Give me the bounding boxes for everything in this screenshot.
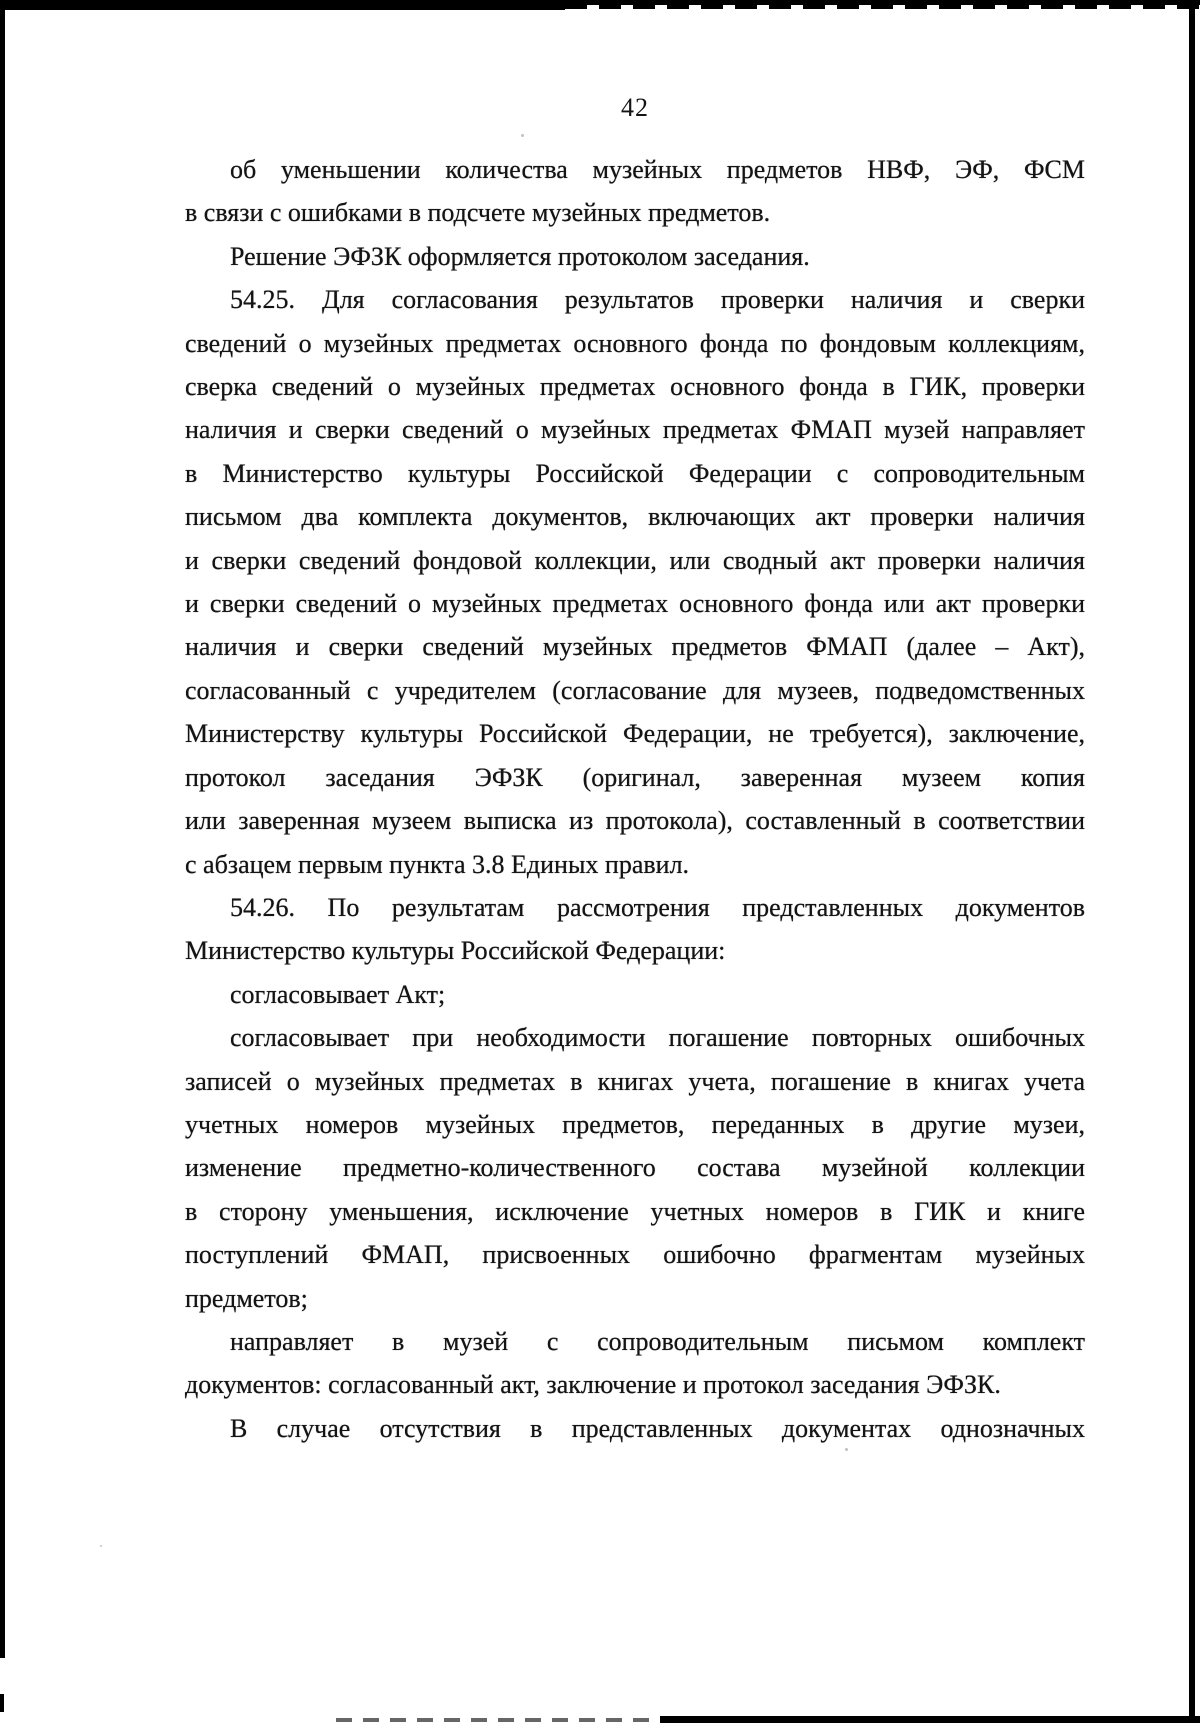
text-line: и сверки сведений о музейных предметах о… [185, 582, 1085, 625]
text-line: об уменьшении количества музейных предме… [185, 148, 1085, 191]
scan-edge-top-dashes [565, 5, 1200, 9]
text-line: изменение предметно-количественного сост… [185, 1146, 1085, 1189]
text-line: записей о музейных предметах в книгах уч… [185, 1060, 1085, 1103]
text-line: поступлений ФМАП, присвоенных ошибочно ф… [185, 1233, 1085, 1276]
text-line: сверка сведений о музейных предметах осн… [185, 365, 1085, 408]
text-line: в Министерство культуры Российской Федер… [185, 452, 1085, 495]
text-line: согласовывает Акт; [185, 973, 1085, 1016]
text-line: наличия и сверки сведений музейных предм… [185, 625, 1085, 668]
scan-edge-bottom-dashes [336, 1718, 660, 1722]
page-number: 42 [185, 86, 1085, 130]
scan-speck [100, 1545, 102, 1547]
scan-edge-right [1189, 0, 1195, 1723]
text-line: сведений о музейных предметах основного … [185, 322, 1085, 365]
text-line: Министерство культуры Российской Федерац… [185, 929, 1085, 972]
document-text: об уменьшении количества музейных предме… [185, 148, 1085, 1450]
text-line: согласованный с учредителем (согласовани… [185, 669, 1085, 712]
page-content: 42 об уменьшении количества музейных пре… [185, 86, 1085, 1450]
text-line: в сторону уменьшения, исключение учетных… [185, 1190, 1085, 1233]
text-line: направляет в музей с сопроводительным пи… [185, 1320, 1085, 1363]
text-line: письмом два комплекта документов, включа… [185, 495, 1085, 538]
text-line: документов: согласованный акт, заключени… [185, 1363, 1085, 1406]
text-line: В случае отсутствия в представленных док… [185, 1407, 1085, 1450]
text-line: учетных номеров музейных предметов, пере… [185, 1103, 1085, 1146]
text-line: или заверенная музеем выписка из протоко… [185, 799, 1085, 842]
scanned-page: 42 об уменьшении количества музейных пре… [0, 0, 1200, 1723]
text-line: наличия и сверки сведений о музейных пре… [185, 408, 1085, 451]
text-line: в связи с ошибками в подсчете музейных п… [185, 191, 1085, 234]
text-line: Решение ЭФЗК оформляется протоколом засе… [185, 235, 1085, 278]
text-line: и сверки сведений фондовой коллекции, ил… [185, 539, 1085, 582]
scan-edge-left-mark [0, 1694, 4, 1712]
scan-edge-left [0, 0, 5, 1658]
text-line: согласовывает при необходимости погашени… [185, 1016, 1085, 1059]
scan-edge-bottom [660, 1716, 1200, 1723]
text-line: Министерству культуры Российской Федерац… [185, 712, 1085, 755]
text-line: 54.26. По результатам рассмотрения предс… [185, 886, 1085, 929]
scan-edge-top-thick [0, 0, 565, 10]
text-line: с абзацем первым пункта 3.8 Единых прави… [185, 843, 1085, 886]
text-line: протокол заседания ЭФЗК (оригинал, завер… [185, 756, 1085, 799]
text-line: 54.25. Для согласования результатов пров… [185, 278, 1085, 321]
text-line: предметов; [185, 1277, 1085, 1320]
